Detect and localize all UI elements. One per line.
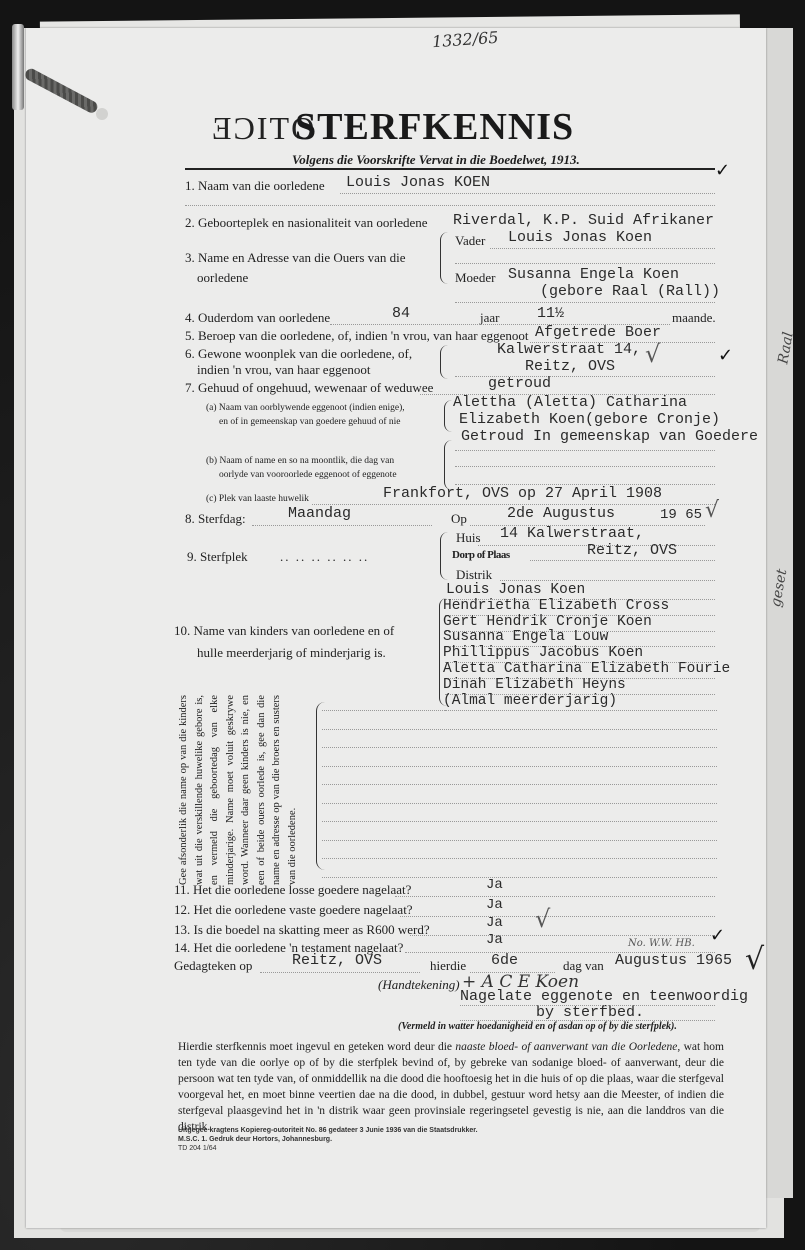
q11-dotted-line [395,896,715,897]
blank-dotted-line [322,858,717,859]
blank-dotted-line [322,710,717,711]
mother-value: Susanna Engela Koen [508,266,679,283]
form-subtitle: Volgens die Voorskrifte Vervat in die Bo… [292,152,580,168]
q7-value: getroud [488,375,551,392]
father-label: Vader [455,233,485,249]
q7b-label: (b) Naam of name en so na moontlik, die … [206,455,394,468]
q6-label-2: indien 'n vrou, van haar eggenoot [197,362,370,378]
district-dotted-line [500,580,715,581]
blank-dotted-line [322,877,717,878]
age-years: 84 [392,305,410,322]
q2-value: Riverdal, K.P. Suid Afrikaner [453,212,714,229]
father-value: Louis Jonas Koen [508,229,652,246]
capacity-value-2: by sterfbed. [536,1004,644,1021]
q12-value: Ja [486,897,503,913]
q3-label: 3. Name en Adresse van die Ouers van die [185,250,406,266]
blank-dotted-line [322,803,717,804]
child-entry: Phillippus Jacobus Koen [443,645,643,661]
q6-value: Kalwerstraat 14, [497,341,641,358]
mother-label: Moeder [455,270,495,286]
q4-label: 4. Ouderdom van oorledene [185,310,330,326]
blank-dotted-line [322,821,717,822]
child-entry: Dinah Elizabeth Heyns [443,677,626,693]
q10-label: 10. Name van kinders van oorledene en of [174,623,394,639]
instructions-paragraph: Hierdie sterfkennis moet ingevul en gete… [178,1039,724,1135]
town-dotted-line [530,560,715,561]
q5-value: Afgetrede Boer [535,324,661,341]
mother-dotted-line [455,302,715,303]
q2-label: 2. Geboorteplek en nasionaliteit van oor… [185,215,428,231]
house-value: 14 Kalwerstraat, [500,525,644,542]
spouse-name: Alettha (Aletta) Catharina [453,394,687,411]
tick-mark-icon: √ [705,498,719,523]
q8-dotted-line [252,525,432,526]
q12-dotted-line [400,916,715,917]
death-weekday: Maandag [288,505,351,522]
spouse-name-2: Elizabeth Koen(gebore Cronje) [459,411,720,428]
blank-dotted-line [322,766,717,767]
q3-brace [440,232,449,284]
q12-label: 12. Het die oorledene vaste goedere nage… [174,902,413,918]
parents-dotted-line [455,263,715,264]
op-label: Op [451,511,467,527]
signed-at-dotted-line [260,972,420,973]
q8-label: 8. Sterfdag: [185,511,246,527]
q6-brace [440,345,449,379]
child-entry: Susanna Engela Louw [443,629,608,645]
check-mark-icon: ✓ [710,925,725,946]
q14-value: Ja [486,932,503,948]
printer-line-1: Uitgegee kragtens Kopiereg-outoriteit No… [178,1126,478,1135]
mother-value-2: (gebore Raal (Rall)) [540,283,720,300]
children-note-brace [316,702,325,870]
district-label: Distrik [456,567,492,583]
age-months: 11½ [537,305,564,322]
town-value: Reitz, OVS [587,542,677,559]
q3-label-2: oorledene [197,270,248,286]
q7a-label-2: en of in gemeenskap van goedere gehuud o… [219,416,401,429]
blank-dotted-line [322,784,717,785]
q11-label: 11. Het die oorledene losse goedere nage… [174,882,411,898]
signed-month-year: Augustus 1965 [615,952,732,969]
q7a-label: (a) Naam van oorblywende eggenoot (indie… [206,402,405,415]
q9-label: 9. Sterfplek [187,549,248,565]
q1-value: Louis Jonas KOEN [346,174,490,191]
hierdie-label: hierdie [430,958,466,974]
signature-label: (Handtekening) [378,977,460,993]
house-label: Huis [456,530,481,546]
q7b-brace [444,440,453,490]
child-entry: Aletta Catharina Elizabeth Fourie [443,661,730,677]
form-code: TD 204 1/64 [178,1144,478,1153]
punch-hole [96,108,108,120]
child-entry: (Almal meerderjarig) [443,693,617,709]
children-instructions-note: Gee afsonderlik die name op van die kind… [176,695,300,885]
blank-dotted-line [322,747,717,748]
check-mark-icon: ✓ [715,160,730,181]
title-rule [185,168,715,170]
months-label: maande. [672,310,716,326]
tick-mark-icon: √ [745,942,764,977]
metal-fastener [12,24,24,110]
q7b-label-2: oorlyde van vooroorlede eggenoot of egge… [219,469,397,482]
signed-at-value: Reitz, OVS [292,952,382,969]
q13-value: Ja [486,915,503,931]
signed-day: 6de [491,952,518,969]
q9-brace [440,532,449,580]
tick-mark-icon: √ [535,905,550,933]
q7a-brace [444,400,453,432]
instructions-italic: naaste bloed- of aanverwant van die Oorl… [455,1041,677,1053]
q9-leader: .. .. .. .. .. .. [280,549,369,565]
child-entry: Gert Hendrik Cronje Koen [443,614,652,630]
capacity-value: Nagelate eggenote en teenwoordig [460,988,748,1005]
q13-label: 13. Is die boedel na skatting meer as R6… [174,922,430,938]
capacity-caption: (Vermeld in watter hoedanigheid en of as… [398,1021,677,1032]
q1-label: 1. Naam van die oorledene [185,178,325,194]
q13-dotted-line [410,935,715,936]
capacity-dotted-line [460,1005,715,1006]
blank-dotted-line [185,205,715,206]
printer-line-2: M.S.C. 1. Gedruk deur Hortors, Johannesb… [178,1135,478,1144]
q10-label-2: hulle meerderjarig of minderjarig is. [197,645,386,661]
q1-dotted-line [340,193,715,194]
death-year: 19 65 [660,507,702,523]
q7b-dotted-line [455,450,715,451]
printer-notice: Uitgegee kragtens Kopiereg-outoriteit No… [178,1126,478,1153]
town-label: Dorp of Plaas [452,549,510,561]
q11-value: Ja [486,877,503,893]
check-mark-icon: ✓ [718,345,733,366]
marriage-regime: Getroud In gemeenskap van Goedere [461,428,758,445]
instructions-text-1: Hierdie sterfkennis moet ingevul en gete… [178,1041,455,1053]
q6-value-2: Reitz, OVS [525,358,615,375]
tick-mark-icon: √ [645,340,660,368]
instructions-text-2: , wat hom ten tyde van die oorlye op of … [178,1041,724,1133]
q7c-value: Frankfort, OVS op 27 April 1908 [383,485,662,502]
father-dotted-line [490,248,715,249]
death-date: 2de Augustus [507,505,615,522]
q7-label: 7. Gehuud of ongehuud, wewenaar of weduw… [185,380,433,396]
q5-label: 5. Beroep van die oorledene, of, indien … [185,328,528,344]
handwritten-file-note: No. W.W. HB. [628,938,695,949]
q6-label: 6. Gewone woonplek van die oorledene, of… [185,346,412,362]
child-entry: Hendrietha Elizabeth Cross [443,598,669,614]
q7b-dotted-line-2 [455,466,715,467]
form-title: STERFKENNIS [295,105,574,149]
signed-at-label: Gedagteken op [174,958,252,974]
blank-dotted-line [322,840,717,841]
blank-dotted-line [322,729,717,730]
child-entry: Louis Jonas Koen [446,582,585,598]
